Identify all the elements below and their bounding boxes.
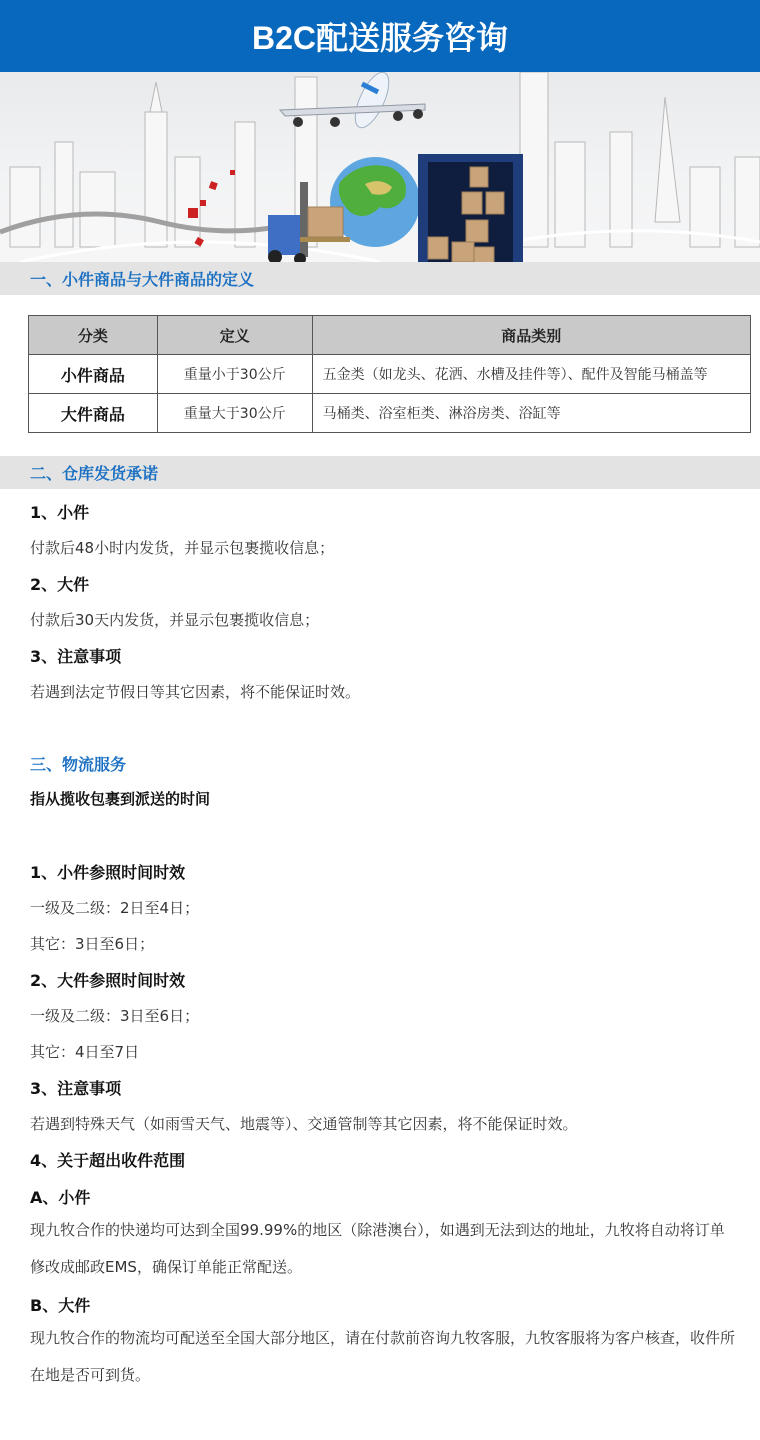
item-text: 付款后48小时内发货，并显示包裹揽收信息； <box>30 537 334 558</box>
definition-cell: 重量大于30公斤 <box>157 394 312 433</box>
product-types-cell: 马桶类、浴室柜类、淋浴房类、浴缸等 <box>312 394 750 433</box>
definition-cell: 重量小于30公斤 <box>157 355 312 394</box>
notes-text: 若遇到特殊天气（如雨雪天气、地震等）、交通管制等其它因素，将不能保证时效。 <box>30 1113 578 1134</box>
out-of-range-heading: 4、关于超出收件范围 <box>30 1148 185 1171</box>
item-heading: 2、大件 <box>30 572 89 595</box>
table-header-row: 分类 定义 商品类别 <box>29 316 751 355</box>
section-subtitle: 指从揽收包裹到派送的时间 <box>30 788 210 809</box>
column-header-product-types: 商品类别 <box>312 316 750 355</box>
category-cell: 小件商品 <box>29 355 158 394</box>
page-title: B2C配送服务咨询 <box>252 13 508 59</box>
section-shipping-promise-header: 二、仓库发货承诺 <box>0 456 760 489</box>
table-row: 大件商品 重量大于30公斤 马桶类、浴室柜类、淋浴房类、浴缸等 <box>29 394 751 433</box>
timing-line: 其它：4日至7日 <box>30 1041 139 1062</box>
product-definition-table: 分类 定义 商品类别 小件商品 重量小于30公斤 五金类（如龙头、花洒、水槽及挂… <box>28 315 751 433</box>
banner-illustration <box>0 72 760 262</box>
column-header-definition: 定义 <box>157 316 312 355</box>
item-text: 若遇到法定节假日等其它因素，将不能保证时效。 <box>30 681 360 702</box>
section-logistics-title: 三、物流服务 <box>30 752 126 775</box>
item-text: 付款后30天内发货，并显示包裹揽收信息； <box>30 609 319 630</box>
notes-heading: 3、注意事项 <box>30 1076 121 1099</box>
product-types-cell: 五金类（如龙头、花洒、水槽及挂件等）、配件及智能马桶盖等 <box>312 355 750 394</box>
category-cell: 大件商品 <box>29 394 158 433</box>
large-item-timing-heading: 2、大件参照时间时效 <box>30 968 185 991</box>
column-header-category: 分类 <box>29 316 158 355</box>
small-item-range-heading: A、小件 <box>30 1185 90 1208</box>
large-item-range-text: 现九牧合作的物流均可配送至全国大部分地区，请在付款前咨询九牧客服，九牧客服将为客… <box>30 1320 735 1394</box>
timing-line: 一级及二级：2日至4日； <box>30 897 199 918</box>
timing-line: 一级及二级：3日至6日； <box>30 1005 199 1026</box>
small-item-timing-heading: 1、小件参照时间时效 <box>30 860 185 883</box>
item-heading: 3、注意事项 <box>30 644 121 667</box>
section-definitions-header: 一、小件商品与大件商品的定义 <box>0 262 760 295</box>
table-row: 小件商品 重量小于30公斤 五金类（如龙头、花洒、水槽及挂件等）、配件及智能马桶… <box>29 355 751 394</box>
large-item-range-heading: B、大件 <box>30 1293 90 1316</box>
section-title: 二、仓库发货承诺 <box>30 461 158 484</box>
logistics-banner-image <box>0 72 760 262</box>
timing-line: 其它：3日至6日； <box>30 933 154 954</box>
item-heading: 1、小件 <box>30 500 89 523</box>
small-item-range-text: 现九牧合作的快递均可达到全国99.99%的地区（除港澳台），如遇到无法到达的地址… <box>30 1212 735 1286</box>
page-header: B2C配送服务咨询 <box>0 0 760 72</box>
section-title: 一、小件商品与大件商品的定义 <box>30 267 254 290</box>
